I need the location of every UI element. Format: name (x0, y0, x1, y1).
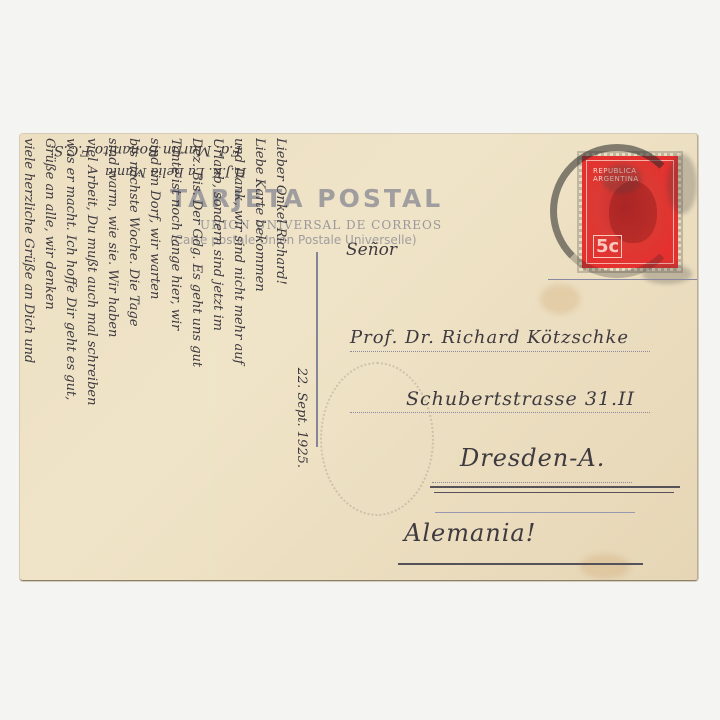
underline (430, 486, 680, 488)
postmark-line (548, 279, 698, 280)
message-line: und Dank, wir sind nicht mehr auf (228, 138, 249, 578)
stain (540, 284, 580, 314)
address-line (350, 351, 650, 352)
postmark-ghost (320, 362, 434, 516)
message-line: Liebe Karte bekommen (249, 138, 270, 578)
message-line: Grüße an alle, wir denken (39, 138, 60, 578)
message-line: sind warm, wie sie. Wir haben (102, 138, 123, 578)
ink-smudge (642, 264, 692, 284)
message-line: bis nächste Woche. Die Tage (123, 138, 144, 578)
message-line: viele herzliche Grüße an Dich und (20, 138, 39, 578)
message-line: Lieber Onkel Richard! (270, 138, 291, 578)
recipient-name: Prof. Dr. Richard Kötzschke (350, 327, 629, 348)
recipient-city: Dresden-A. (460, 444, 605, 472)
ink-smudge (667, 154, 697, 214)
message-line: sind im Dorf, wir warten (144, 138, 165, 578)
ink-smudge (602, 164, 642, 194)
salutation: Señor (346, 240, 397, 260)
address-line (432, 482, 632, 483)
message-line: viel Arbeit, Du mußt auch mal schreiben (81, 138, 102, 578)
message-date: 22. Sept. 1925. (291, 138, 312, 578)
postcard: TARJETA POSTAL UNION UNIVERSAL DE CORREO… (20, 134, 698, 581)
stamp-area: REPUBLICA ARGENTINA 5c (542, 144, 698, 274)
message-line: Tante ist noch lange hier, wir (165, 138, 186, 578)
message-line: Dez. Bis. Der Gdg. Es geht uns gut (186, 138, 207, 578)
stain (580, 554, 630, 579)
handwritten-message: 22. Sept. 1925. Lieber Onkel Richard! Li… (22, 138, 312, 578)
message-line: Urlaub, sondern sind jetzt im (207, 138, 228, 578)
underline (398, 563, 643, 565)
margin-note: H.J.K. La Belia Mania (105, 164, 246, 179)
divider-line (316, 252, 318, 447)
recipient-street: Schubertstrasse 31.II (406, 388, 635, 410)
address-line (350, 412, 650, 413)
margin-note: F.d. Martin Bonanito F.C.S. (50, 142, 241, 158)
message-line: was er macht. Ich hoffe Dir geht es gut, (60, 138, 81, 578)
address-line (435, 512, 635, 513)
underline (434, 492, 674, 493)
recipient-country: Alemania! (404, 519, 536, 547)
